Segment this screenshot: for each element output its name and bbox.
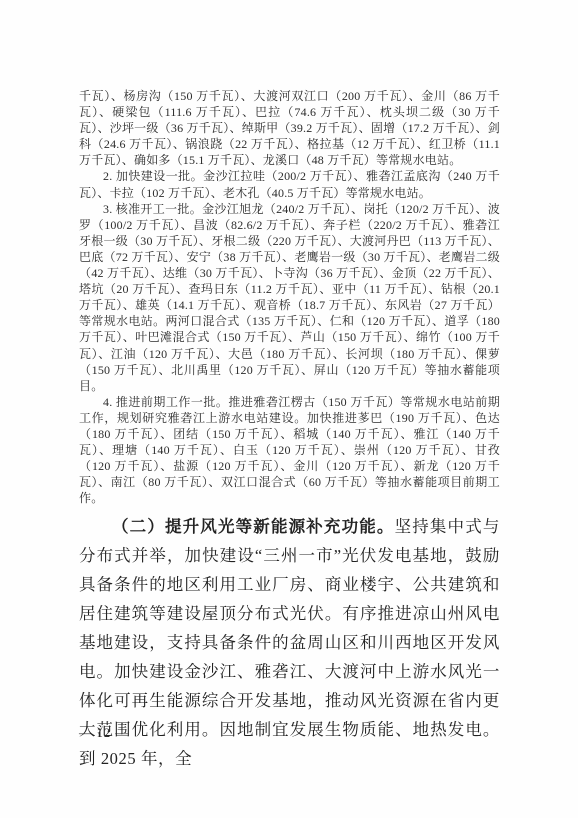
- section-two-paragraph: （二）提升风光等新能源补充功能。坚持集中式与分布式并举，加快建设“三州一市”光伏…: [79, 512, 500, 773]
- paragraph-speed-up-construction: 2. 加快建设一批。金沙江拉哇（200/2 万千瓦）、雅砻江孟底沟（240 万千…: [79, 168, 500, 200]
- paragraph-preliminary-work: 4. 推进前期工作一批。推进雅砻江楞古（150 万千瓦）等常规水电站前期工作，规…: [79, 394, 500, 507]
- paragraph-continued-from-previous-page: 千瓦）、杨房沟（150 万千瓦）、大渡河双江口（200 万千瓦）、金川（86 万…: [79, 88, 500, 168]
- page-number-footer: — 12 —: [79, 726, 129, 741]
- section-two-body: 坚持集中式与分布式并举，加快建设“三州一市”光伏发电基地，鼓励具备条件的地区利用…: [79, 517, 500, 768]
- section-two-block: （二）提升风光等新能源补充功能。坚持集中式与分布式并举，加快建设“三州一市”光伏…: [79, 512, 500, 773]
- document-page: 千瓦）、杨房沟（150 万千瓦）、大渡河双江口（200 万千瓦）、金川（86 万…: [0, 0, 578, 818]
- hydropower-list-block: 千瓦）、杨房沟（150 万千瓦）、大渡河双江口（200 万千瓦）、金川（86 万…: [79, 88, 500, 506]
- paragraph-approve-and-start: 3. 核准开工一批。金沙江旭龙（240/2 万千瓦）、岗托（120/2 万千瓦）…: [79, 201, 500, 394]
- section-two-heading: （二）提升风光等新能源补充功能。: [112, 517, 395, 536]
